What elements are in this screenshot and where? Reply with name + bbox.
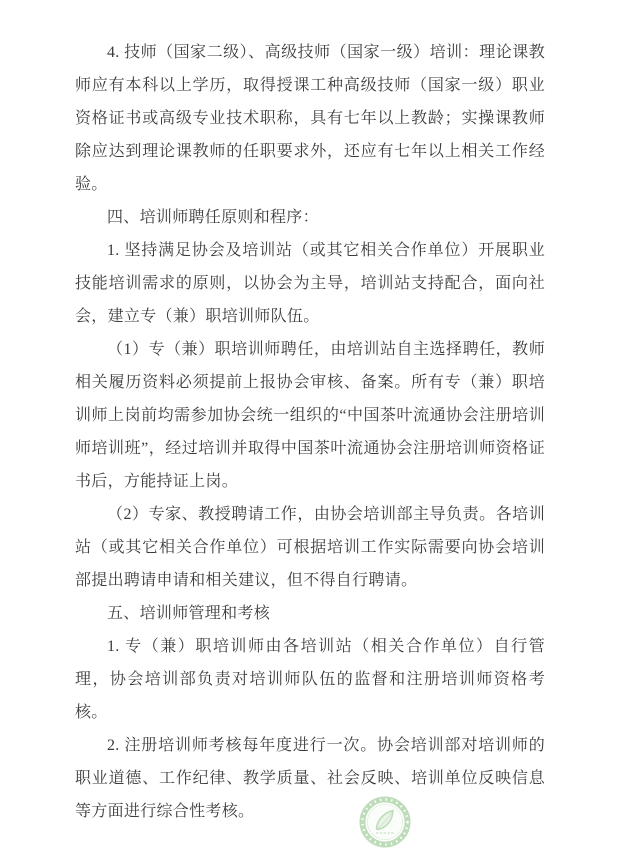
paragraph: 2. 注册培训师考核每年度进行一次。协会培训部对培训师的职业道德、工作纪律、教学…	[75, 729, 545, 828]
paragraph: （2）专家、教授聘请工作，由协会培训部主导负责。各培训站（或其它相关合作单位）可…	[75, 498, 545, 597]
paragraph: （1）专（兼）职培训师聘任，由培训站自主选择聘任，教师相关履历资料必须提前上报协…	[75, 333, 545, 498]
section-heading: 四、培训师聘任原则和程序：	[75, 201, 545, 234]
section-heading: 五、培训师管理和考核	[75, 597, 545, 630]
paragraph: 4. 技师（国家二级）、高级技师（国家一级）培训：理论课教师应有本科以上学历，取…	[75, 36, 545, 201]
document-body-text: 4. 技师（国家二级）、高级技师（国家一级）培训：理论课教师应有本科以上学历，取…	[75, 36, 545, 828]
paragraph: 1. 坚持满足协会及培训站（或其它相关合作单位）开展职业技能培训需求的原则，以协…	[75, 234, 545, 333]
document-page: 4. 技师（国家二级）、高级技师（国家一级）培训：理论课教师应有本科以上学历，取…	[0, 0, 617, 862]
paragraph: 1. 专（兼）职培训师由各培训站（相关合作单位）自行管理，协会培训部负责对培训师…	[75, 630, 545, 729]
